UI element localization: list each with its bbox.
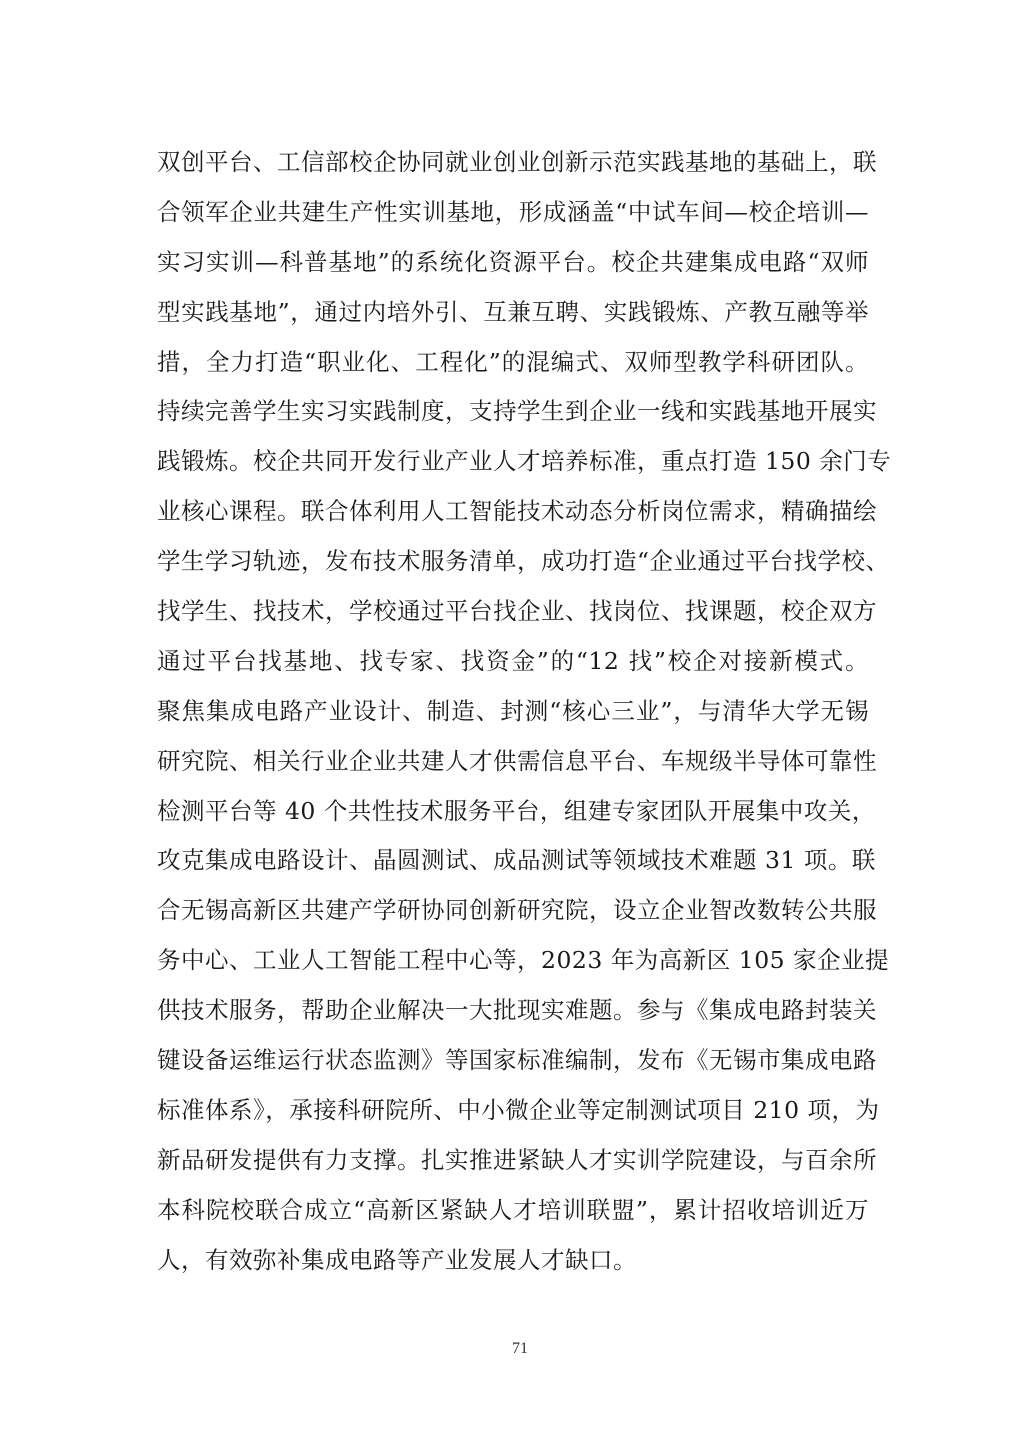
text-line-18: 供技术服务，帮助企业解决一大批现实难题。参与《集成电路封装关: [157, 986, 869, 1036]
text-line-19: 键设备运维运行状态监测》等国家标准编制，发布《无锡市集成电路: [157, 1036, 869, 1086]
text-line-17: 务中心、工业人工智能工程中心等，2023 年为高新区 105 家企业提: [157, 936, 869, 986]
text-line-11: 通过平台找基地、找专家、找资金”的“12 找”校企对接新模式。: [157, 637, 869, 687]
text-line-2: 合领军企业共建生产性实训基地，形成涵盖“中试车间—校企培训—: [157, 188, 869, 238]
text-line-8: 业核心课程。联合体利用人工智能技术动态分析岗位需求，精确描绘: [157, 487, 869, 537]
text-line-9: 学生学习轨迹，发布技术服务清单，成功打造“企业通过平台找学校、: [157, 537, 869, 587]
text-line-6: 持续完善学生实习实践制度，支持学生到企业一线和实践基地开展实: [157, 387, 869, 437]
document-page: 双创平台、工信部校企协同就业创业创新示范实践基地的基础上，联 合领军企业共建生产…: [0, 0, 1024, 1448]
text-line-10: 找学生、找技术，学校通过平台找企业、找岗位、找课题，校企双方: [157, 587, 869, 637]
text-line-5: 措，全力打造“职业化、工程化”的混编式、双师型教学科研团队。: [157, 338, 869, 388]
text-line-7: 践锻炼。校企共同开发行业产业人才培养标准，重点打造 150 余门专: [157, 437, 869, 487]
text-line-23: 人，有效弥补集成电路等产业发展人才缺口。: [157, 1236, 869, 1286]
text-line-3: 实习实训—科普基地”的系统化资源平台。校企共建集成电路“双师: [157, 238, 869, 288]
body-paragraph: 双创平台、工信部校企协同就业创业创新示范实践基地的基础上，联 合领军企业共建生产…: [157, 138, 869, 1285]
page-number: 71: [0, 1340, 1024, 1358]
text-line-13: 研究院、相关行业企业共建人才供需信息平台、车规级半导体可靠性: [157, 737, 869, 787]
text-line-12: 聚焦集成电路产业设计、制造、封测“核心三业”，与清华大学无锡: [157, 687, 869, 737]
text-line-14: 检测平台等 40 个共性技术服务平台，组建专家团队开展集中攻关，: [157, 787, 869, 837]
text-line-4: 型实践基地”，通过内培外引、互兼互聘、实践锻炼、产教互融等举: [157, 288, 869, 338]
text-line-16: 合无锡高新区共建产学研协同创新研究院，设立企业智改数转公共服: [157, 886, 869, 936]
text-line-15: 攻克集成电路设计、晶圆测试、成品测试等领域技术难题 31 项。联: [157, 836, 869, 886]
text-line-21: 新品研发提供有力支撑。扎实推进紧缺人才实训学院建设，与百余所: [157, 1136, 869, 1186]
text-line-22: 本科院校联合成立“高新区紧缺人才培训联盟”，累计招收培训近万: [157, 1186, 869, 1236]
text-line-20: 标准体系》，承接科研院所、中小微企业等定制测试项目 210 项，为: [157, 1086, 869, 1136]
text-line-1: 双创平台、工信部校企协同就业创业创新示范实践基地的基础上，联: [157, 138, 869, 188]
